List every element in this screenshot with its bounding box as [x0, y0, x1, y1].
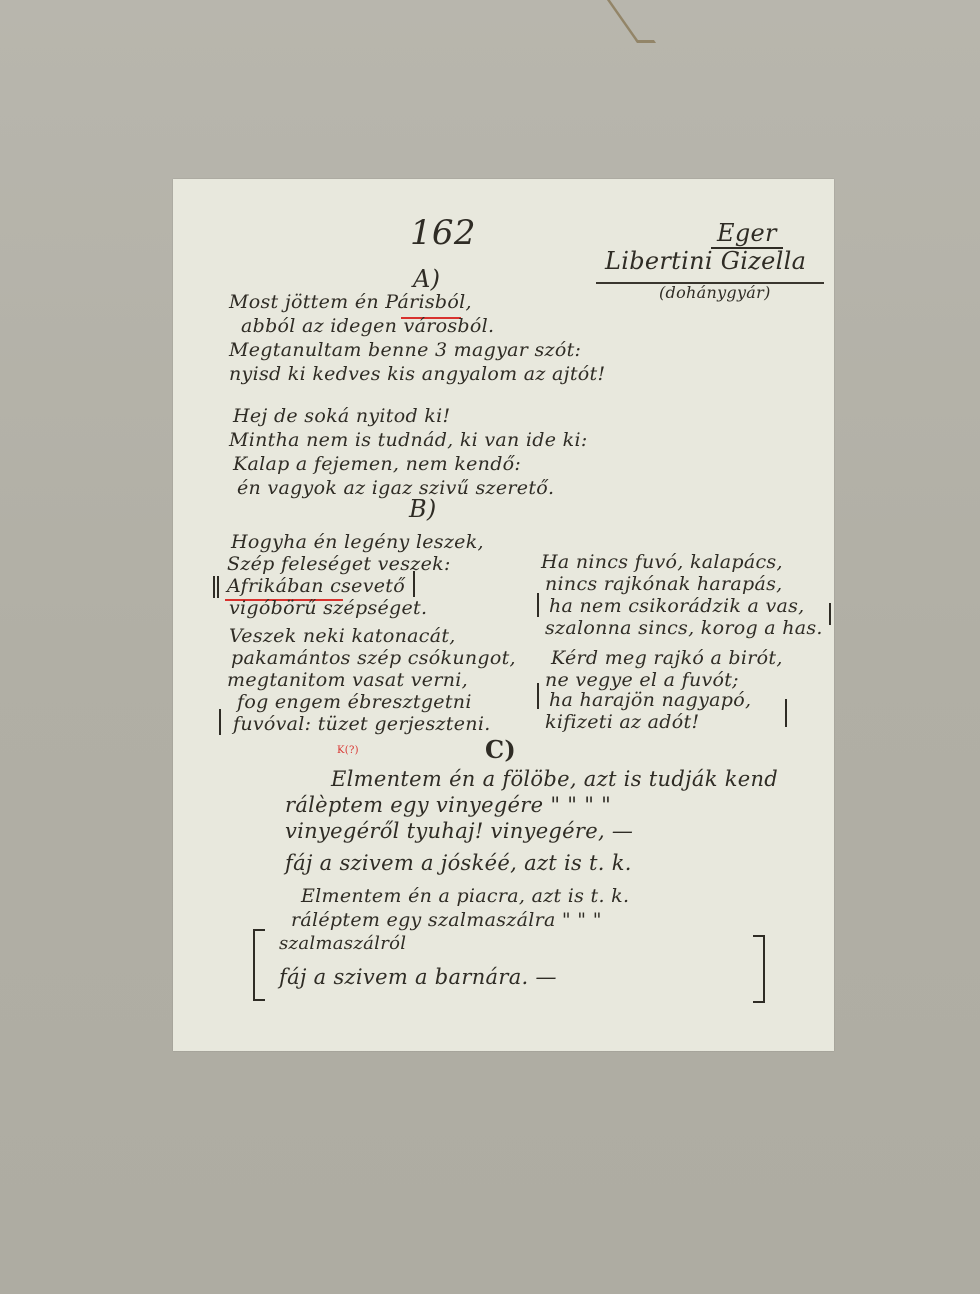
- informant-name: Libertini Gizella: [605, 247, 806, 275]
- c-line-3: vinyegéről tyuhaj! vinyegére, —: [285, 819, 633, 843]
- b-right-line-1: Ha nincs fuvó, kalapács,: [541, 551, 783, 573]
- section-a-label: A): [413, 265, 440, 293]
- a-line-8: én vagyok az igaz szivű szerető.: [237, 477, 554, 499]
- a-line-5: Hej de soká nyitod ki!: [233, 405, 450, 427]
- b-left-line-6: pakamántos szép csókungot,: [231, 647, 516, 669]
- page-number: 162: [410, 213, 476, 253]
- b-right-line-6: ne vegye el a fuvót;: [545, 669, 739, 691]
- b-right-line-7: ha harajön nagyapó,: [549, 689, 751, 711]
- left-bracket: [253, 929, 265, 1001]
- b-left-line-5: Veszek neki katonacát,: [229, 625, 456, 647]
- a-line-2: abból az idegen városból.: [241, 315, 494, 337]
- b-left-line-8: fog engem ébresztgetni: [237, 691, 472, 713]
- repeat-end-mark: [413, 571, 415, 597]
- b-left-line-7: megtanitom vasat verni,: [227, 669, 468, 691]
- repeat-end-mark-right: [829, 603, 831, 625]
- a-line-1: Most jöttem én Párisból,: [229, 291, 472, 313]
- section-b-label: B): [409, 495, 437, 523]
- c-line-2: rálèptem egy vinyegére " " " ": [285, 793, 611, 817]
- repeat-start-mark-b2: [219, 709, 221, 735]
- b-right-line-2: nincs rajkónak harapás,: [545, 573, 783, 595]
- a-line-7: Kalap a fejemen, nem kendő:: [233, 453, 521, 475]
- red-margin-note: K(?): [337, 745, 359, 756]
- manuscript-page: 162 Eger Libertini Gizella (dohánygyár) …: [173, 179, 834, 1051]
- repeat-start-mark: [213, 576, 215, 598]
- c-line-7: szalmaszálról: [279, 933, 406, 954]
- b-right-line-5: Kérd meg rajkó a birót,: [551, 647, 783, 669]
- b-left-line-1: Hogyha én legény leszek,: [231, 531, 484, 553]
- b-left-line-9: fuvóval: tüzet gerjeszteni.: [233, 713, 491, 735]
- c-line-4: fáj a szivem a jóskéé, azt is t. k.: [285, 851, 632, 875]
- section-c-label: C): [485, 735, 516, 764]
- b-left-line-4: vigóbörű szépséget.: [229, 597, 427, 619]
- b-right-line-4: szalonna sincs, korog a has.: [545, 617, 823, 639]
- occupation: (dohánygyár): [659, 283, 771, 302]
- b-left-line-3: Afrikában csevető: [227, 575, 405, 597]
- c-line-1: Elmentem én a fölöbe, azt is tudják kend: [331, 767, 778, 791]
- a-line-4: nyisd ki kedves kis angyalom az ajtót!: [229, 363, 605, 385]
- c-line-6: ráléptem egy szalmaszálra " " ": [291, 909, 602, 931]
- c-line-5: Elmentem én a piacra, azt is t. k.: [301, 885, 629, 907]
- place-name: Eger: [711, 219, 783, 249]
- b-right-line-3: ha nem csikorádzik a vas,: [549, 595, 805, 617]
- a-line-3: Megtanultam benne 3 magyar szót:: [229, 339, 581, 361]
- a-line-6: Mintha nem is tudnád, ki van ide ki:: [229, 429, 588, 451]
- repeat-start-mark-2: [217, 576, 219, 598]
- b-right-line-8: kifizeti az adót!: [545, 711, 699, 733]
- right-bracket: [753, 935, 765, 1003]
- b-left-line-2: Szép feleséget veszek:: [227, 553, 451, 575]
- repeat-start-mark-right-2: [537, 683, 539, 709]
- c-line-8: fáj a szivem a barnára. —: [279, 965, 557, 989]
- repeat-start-mark-right: [537, 593, 539, 617]
- repeat-end-mark-right-2: [785, 699, 787, 727]
- a-line-1-text: Most jöttem én Párisból,: [229, 291, 472, 313]
